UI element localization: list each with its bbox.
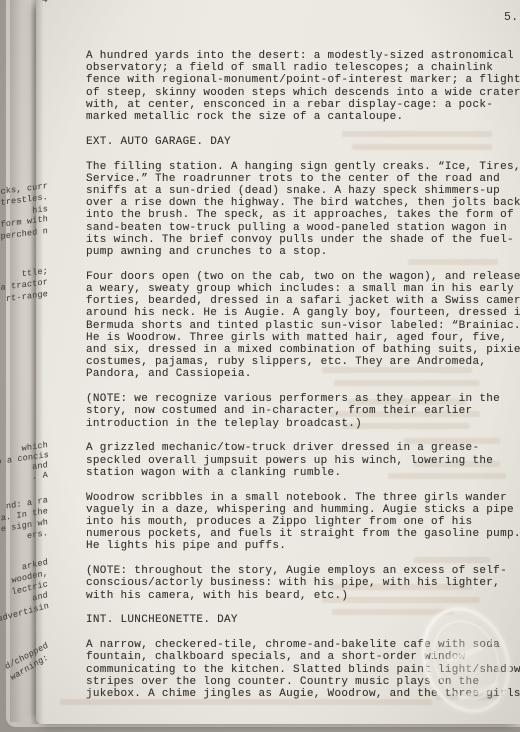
scene-heading: EXT. AUTO GARAGE. DAY — [86, 136, 520, 148]
page-number: 5. — [504, 11, 518, 24]
screenplay-page: 5. A hundred yards into the desert: a mo… — [36, 0, 520, 724]
action-paragraph: Four doors open (two on the cab, two on … — [86, 271, 520, 381]
action-paragraph: The filling station. A hanging sign gent… — [86, 161, 520, 259]
edge-text-fragment: 4 — [0, 0, 48, 5]
action-paragraph: A narrow, checkered-tile, chrome-and-bak… — [86, 639, 520, 700]
screenplay-text-block: A hundred yards into the desert: a modes… — [86, 50, 520, 713]
scene-heading: INT. LUNCHEONETTE. DAY — [86, 614, 520, 626]
action-paragraph: A hundred yards into the desert: a modes… — [86, 50, 520, 123]
action-paragraph: A grizzled mechanic/tow-truck driver dre… — [86, 442, 520, 479]
note-paragraph: (NOTE: we recognize various performers a… — [86, 393, 520, 430]
action-paragraph: Woodrow scribbles in a small notebook. T… — [86, 492, 520, 553]
book-page-photo: 4cks, currtrestles.hisform withperched n… — [0, 0, 520, 732]
note-paragraph: (NOTE: throughout the story, Augie emplo… — [86, 565, 520, 602]
